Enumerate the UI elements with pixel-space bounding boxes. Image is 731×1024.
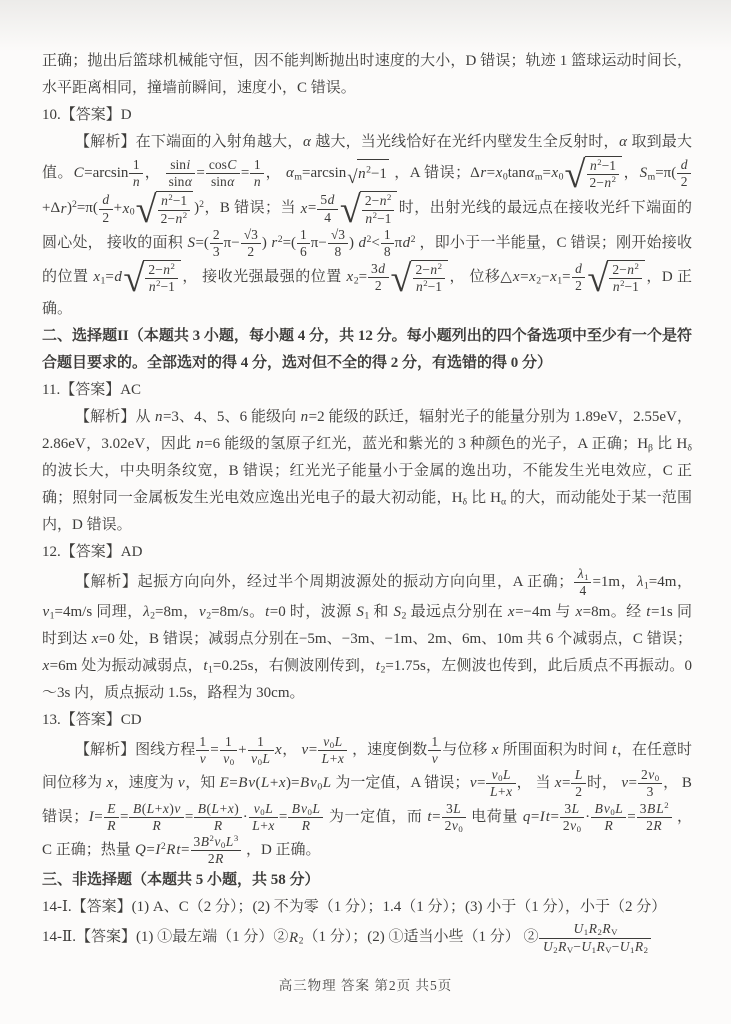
q10-analysis: 【解析】在下端面的入射角越大，α 越大，当光线恰好在光纤内壁发生全反射时，α 取… [42,129,692,323]
q14-1-answer: 14-Ⅰ.【答案】(1) A、C（2 分）；(2) 不为零（1 分）；1.4（1… [42,894,692,921]
fraction: 2v03 [638,767,662,800]
radical-sign-icon: √ [565,159,586,192]
fraction: d2 [572,261,586,294]
fraction: n2−12−n2 [158,193,191,226]
q12-analysis: 【解析】起振方向向外，经过半个周期波源处的振动方向向里，A 正确；λ14=1m，… [42,566,692,707]
document-content: 正确；抛出后篮球机械能守恒，因不能判断抛出时速度的大小，D 错误；轨迹 1 篮球… [42,48,692,955]
fraction: 3d2 [368,261,389,294]
fraction: cosCsinα [206,157,240,190]
fraction: 23 [210,227,223,260]
fraction: 16 [297,227,310,260]
fraction: v0LL+x [249,801,278,834]
fraction: d2 [99,192,113,225]
square-root: √n2−12−n2 [136,191,194,226]
square-root: √2−n2n2−1 [340,191,398,226]
radical-sign-icon: √ [123,263,144,296]
fraction: B(L+x)R [194,801,241,834]
fraction: 1v [196,734,209,767]
radical-sign-icon: √ [340,194,361,227]
fraction: v0LL+x [486,767,515,800]
q9-continuation: 正确；抛出后篮球机械能守恒，因不能判断抛出时速度的大小，D 错误；轨迹 1 篮球… [42,48,692,102]
radical-sign-icon: √ [136,194,157,227]
fraction: U1R2RVU2RV−U1RV−U1R2 [539,921,651,954]
radical-sign-icon: √ [391,263,412,296]
fraction: 5d4 [317,192,338,225]
fraction: L2 [571,767,586,800]
fraction: 18 [381,227,394,260]
fraction: Bv0LR [288,801,323,834]
section-2-header: 二、选择题II（本题共 3 小题，每小题 4 分，共 12 分。每小题列出的四个… [42,323,692,377]
q11-answer: 11.【答案】AC [42,377,692,404]
fraction: 2−n2n2−1 [609,262,642,295]
fraction: 2−n2n2−1 [362,193,395,226]
square-root: √n2−1 [347,159,389,188]
fraction: 1n [250,157,264,190]
fraction: 2−n2n2−1 [413,262,446,295]
fraction: d2 [677,157,691,190]
q10-answer: 10.【答案】D [42,102,692,129]
square-root: √2−n2n2−1 [391,260,449,295]
fraction: B(L+x)vR [129,801,183,834]
fraction: 3B2v0L32R [191,834,242,867]
q11-analysis: 【解析】从 n=3、4、5、6 能级向 n=2 能级的跃迁，辐射光子的能量分别为… [42,404,692,539]
fraction: 3L2v0 [560,801,584,834]
q13-analysis: 【解析】图线方程1v=1v0+1v0Lx， v=v0LL+x ，速度倒数1v与位… [42,734,692,868]
fraction: sinisinα [166,157,196,190]
fraction: 1n [129,157,143,190]
fraction: 3L2v0 [442,801,466,834]
scanned-answer-page: 正确；抛出后篮球机械能守恒，因不能判断抛出时速度的大小，D 错误；轨迹 1 篮球… [0,0,731,1024]
q14-2-answer: 14-Ⅱ.【答案】(1) ①最左端（1 分）②R2（1 分）；(2) ①适当小些… [42,921,692,954]
square-root: √2−n2n2−1 [587,260,645,295]
page-footer: 高三物理 答案 第2页 共5页 [0,974,731,994]
fraction: Bv0LR [591,801,626,834]
radical-sign-icon: √ [587,263,608,296]
section-3-header: 三、非选择题（本题共 5 小题，共 58 分） [42,867,692,894]
fraction: 3BL22R [637,801,672,834]
q13-answer: 13.【答案】CD [42,707,692,734]
square-root: √2−n2n2−1 [123,260,181,295]
fraction: 1v [428,734,441,767]
fraction: √38 [328,227,348,260]
fraction: 1v0L [248,734,274,767]
fraction: λ14 [574,566,591,599]
q12-answer: 12.【答案】AD [42,539,692,566]
square-root: √n2−12−n2 [565,156,623,191]
fraction: ER [104,801,119,834]
fraction: 2−n2n2−1 [145,262,178,295]
fraction: v0LL+x [318,734,347,767]
fraction: √32 [241,227,261,260]
fraction: 1v0 [220,734,237,767]
fraction: n2−12−n2 [587,158,620,191]
